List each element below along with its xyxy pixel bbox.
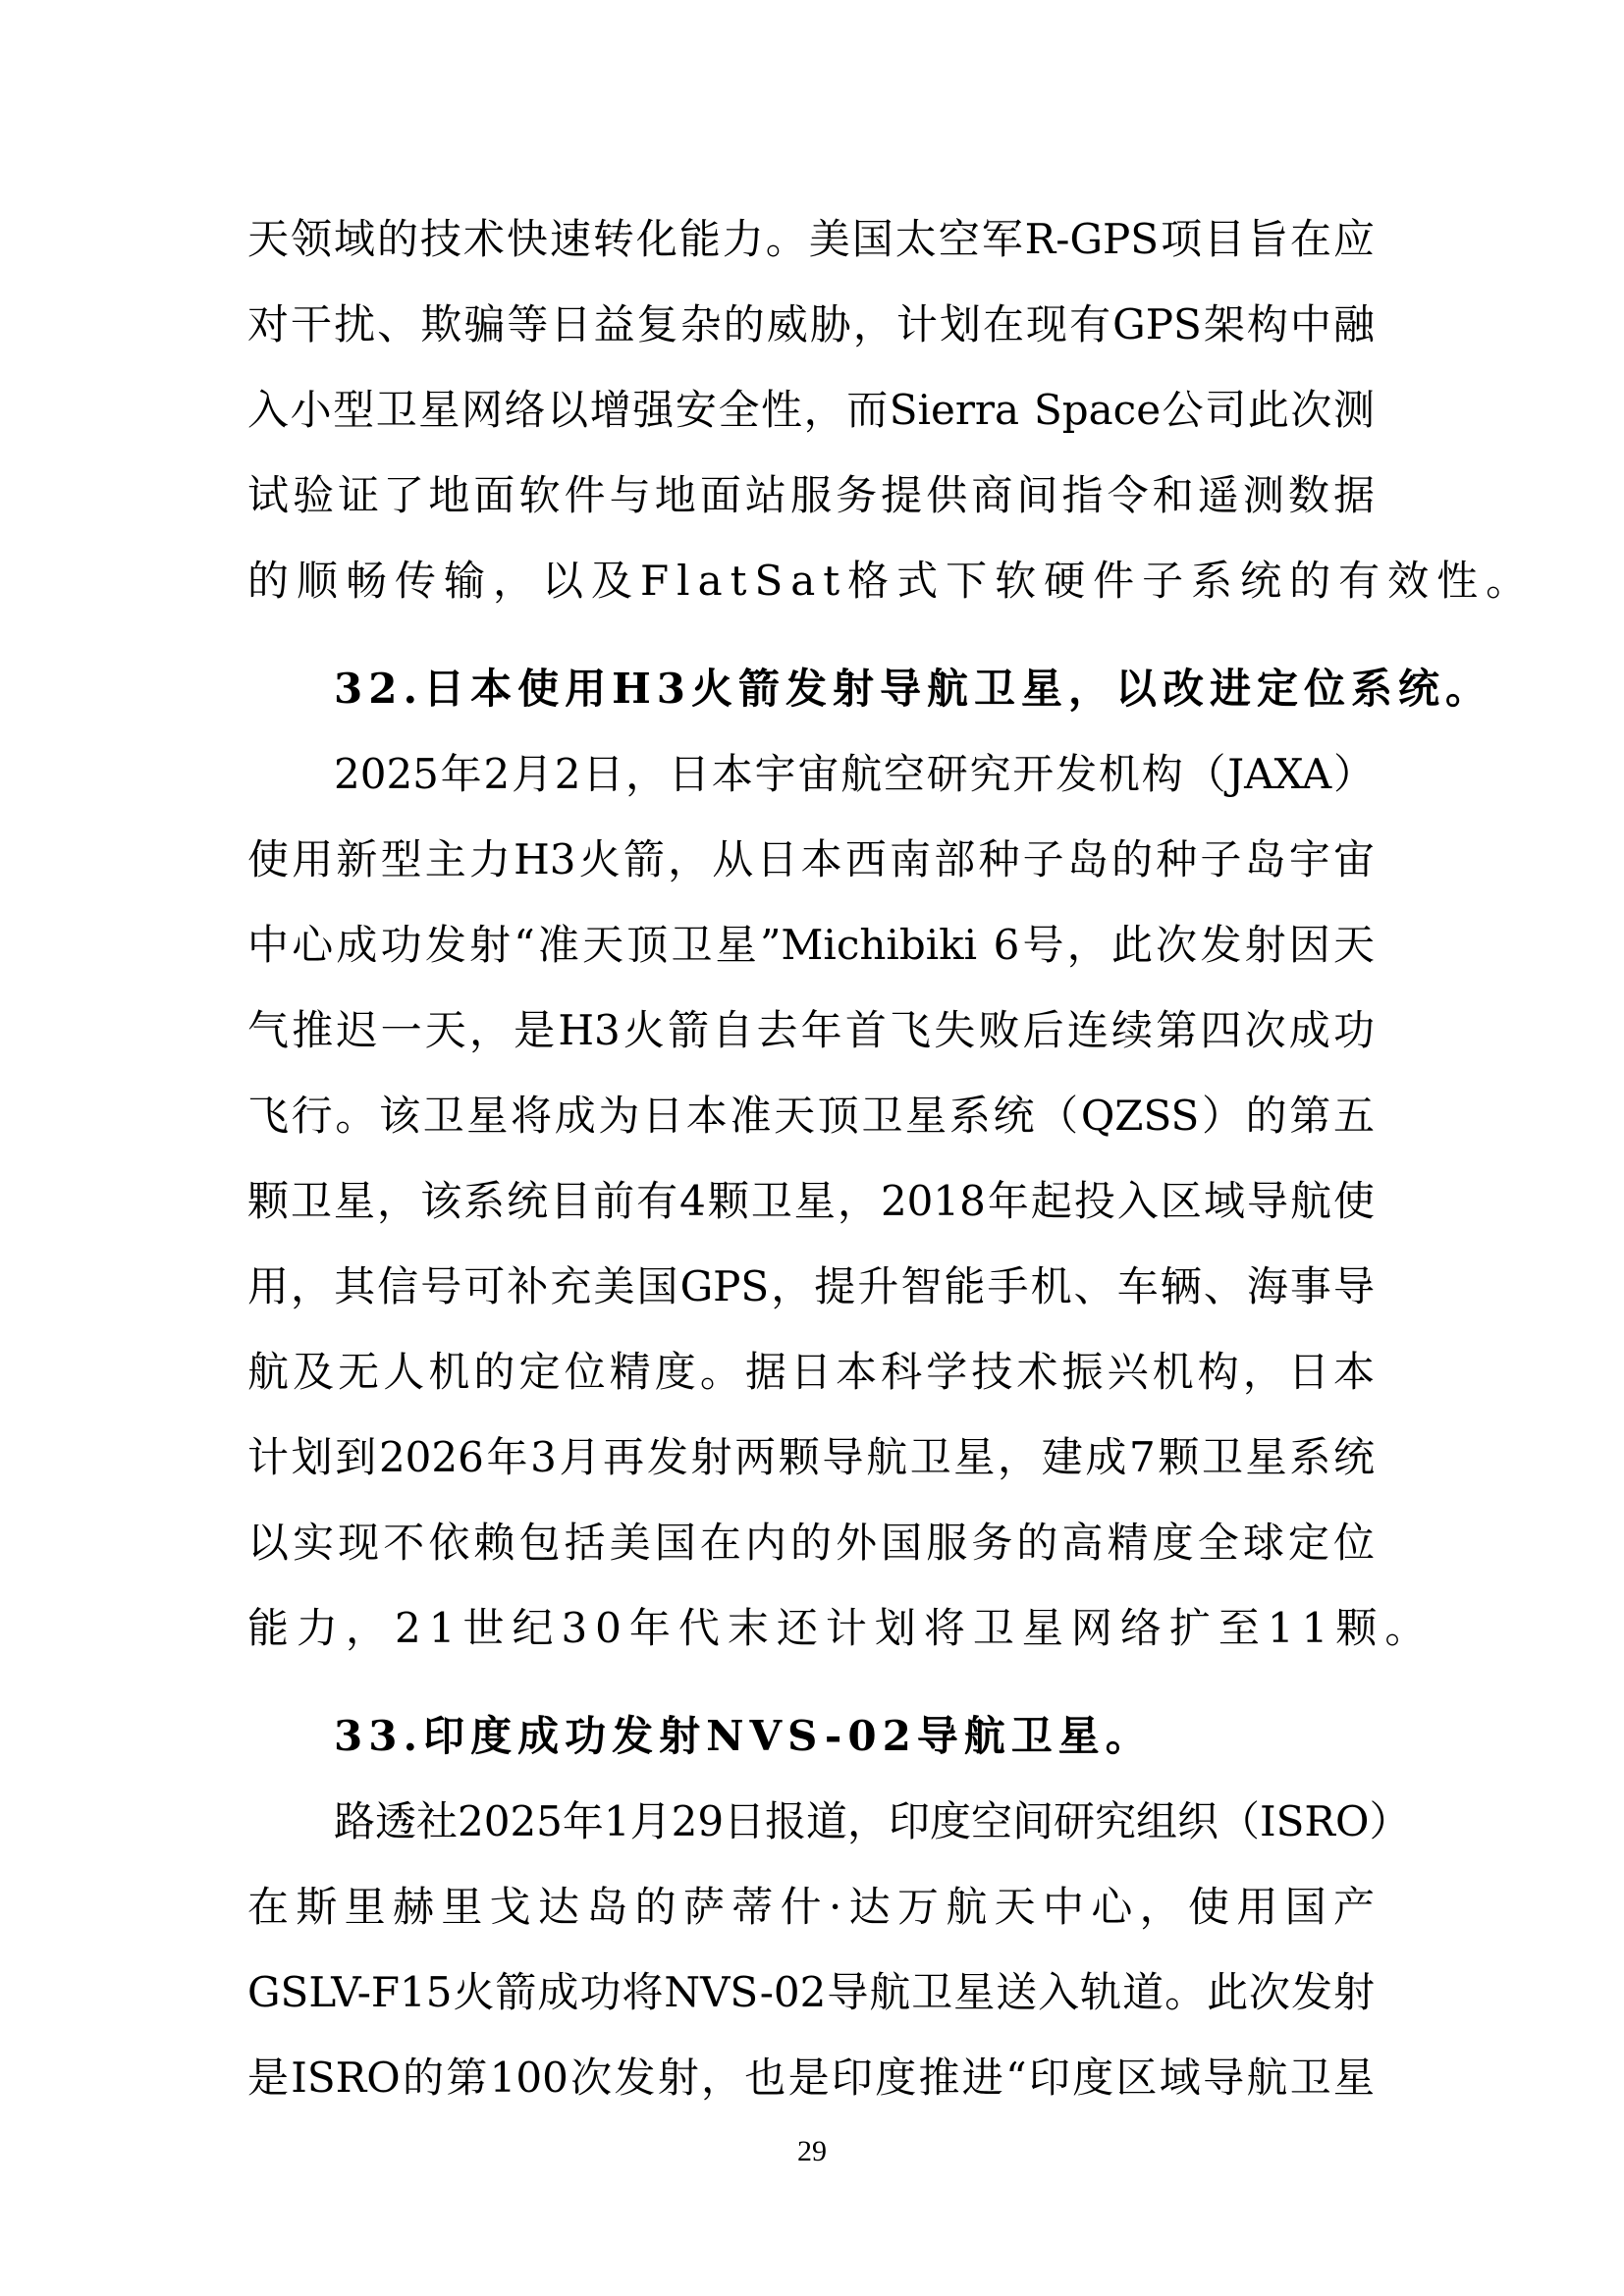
body-line: 颗卫星，该系统目前有4颗卫星，2018年起投入区域导航使 <box>247 1172 1375 1231</box>
body-line: 路透社2025年1月29日报道，印度空间研究组织（ISRO） <box>334 1792 1375 1851</box>
body-line: 中心成功发射“准天顶卫星”Michibiki 6号，此次发射因天 <box>247 916 1375 975</box>
body-line: 天领域的技术快速转化能力。美国太空军R-GPS项目旨在应 <box>247 210 1375 269</box>
body-line: 在斯里赫里戈达岛的萨蒂什·达万航天中心，使用国产 <box>247 1878 1375 1937</box>
body-line: 的顺畅传输，以及FlatSat格式下软硬件子系统的有效性。 <box>247 552 1535 611</box>
body-line: 对干扰、欺骗等日益复杂的威胁，计划在现有GPS架构中融 <box>247 295 1375 354</box>
page-number: 29 <box>0 2132 1624 2171</box>
section-heading-32: 32.日本使用H3火箭发射导航卫星，以改进定位系统。 <box>334 660 1492 719</box>
body-line: 入小型卫星网络以增强安全性，而Sierra Space公司此次测 <box>247 381 1375 440</box>
body-line: 飞行。该卫星将成为日本准天顶卫星系统（QZSS）的第五 <box>247 1087 1375 1146</box>
section-heading-33: 33.印度成功发射NVS-02导航卫星。 <box>334 1707 1153 1766</box>
body-line: 是ISRO的第100次发射，也是印度推进“印度区域导航卫星 <box>247 2049 1375 2108</box>
body-line: 能力，21世纪30年代末还计划将卫星网络扩至11颗。 <box>247 1599 1434 1658</box>
body-line: 用，其信号可补充美国GPS，提升智能手机、车辆、海事导 <box>247 1257 1375 1316</box>
document-page: 天领域的技术快速转化能力。美国太空军R-GPS项目旨在应 对干扰、欺骗等日益复杂… <box>0 0 1624 2296</box>
body-line: 计划到2026年3月再发射两颗导航卫星，建成7颗卫星系统 <box>247 1428 1375 1487</box>
body-line: 使用新型主力H3火箭，从日本西南部种子岛的种子岛宇宙 <box>247 830 1375 889</box>
body-line: GSLV-F15火箭成功将NVS-02导航卫星送入轨道。此次发射 <box>247 1963 1375 2022</box>
body-line: 以实现不依赖包括美国在内的外国服务的高精度全球定位 <box>247 1514 1375 1573</box>
body-line: 气推迟一天，是H3火箭自去年首飞失败后连续第四次成功 <box>247 1001 1375 1060</box>
body-line: 2025年2月2日，日本宇宙航空研究开发机构（JAXA） <box>334 745 1375 804</box>
body-line: 航及无人机的定位精度。据日本科学技术振兴机构，日本 <box>247 1343 1375 1402</box>
body-line: 试验证了地面软件与地面站服务提供商间指令和遥测数据 <box>247 466 1375 525</box>
